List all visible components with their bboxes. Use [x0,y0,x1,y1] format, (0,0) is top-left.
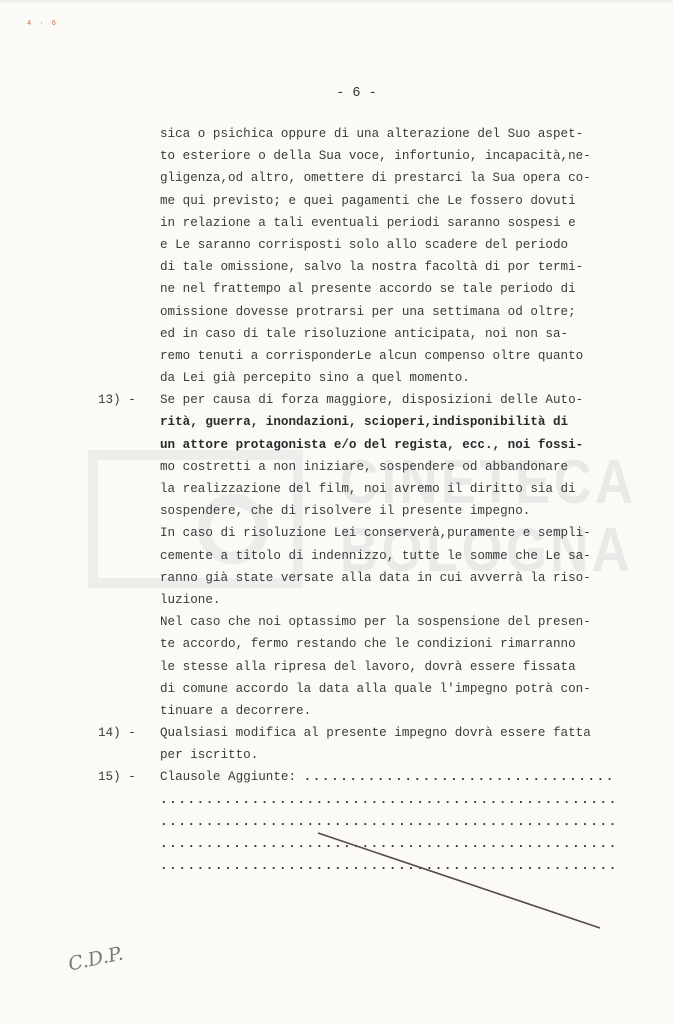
text-line: Se per causa di forza maggiore, disposiz… [160,389,620,411]
text-line: sica o psichica oppure di una alterazion… [160,123,620,145]
text-line: da Lei già percepito sino a quel momento… [160,367,620,389]
page-edge [0,0,673,4]
text-line: ne nel frattempo al presente accordo se … [160,278,620,300]
text-line: in relazione a tali eventuali periodi sa… [160,212,620,234]
continuation-paragraph: sica o psichica oppure di una alterazion… [160,123,620,389]
document-body: sica o psichica oppure di una alterazion… [160,123,620,877]
archive-mark: 4 · 6 [27,20,58,28]
dotted-fill: .................................. [304,770,615,784]
text-line: Qualsiasi modifica al presente impegno d… [160,722,620,744]
text-line: remo tenuti a corrisponderLe alcun compe… [160,345,620,367]
clause-13: 13) - Se per causa di forza maggiore, di… [160,389,620,722]
text-line: la realizzazione del film, noi avremo il… [160,478,620,500]
clause-label: Clausole Aggiunte: [160,770,296,784]
dotted-line: ........................................… [160,833,620,855]
dotted-line: ........................................… [160,789,620,811]
dotted-line: ........................................… [160,855,620,877]
text-line: di tale omissione, salvo la nostra facol… [160,256,620,278]
text-line: mo costretti a non iniziare, sospendere … [160,456,620,478]
text-line: ranno già state versate alla data in cui… [160,567,620,589]
clause-label-line: Clausole Aggiunte: .....................… [160,766,620,788]
text-line: un attore protagonista e/o del regista, … [160,434,620,456]
text-line: per iscritto. [160,744,620,766]
text-line: e Le saranno corrisposti solo allo scade… [160,234,620,256]
text-line: luzione. [160,589,620,611]
clause-15: 15) - Clausole Aggiunte: ...............… [160,766,620,877]
text-line: rità, guerra, inondazioni, scioperi,indi… [160,411,620,433]
text-line: te accordo, fermo restando che le condiz… [160,633,620,655]
handwritten-initials: C.D.P. [66,942,125,975]
text-line: le stesse alla ripresa del lavoro, dovrà… [160,656,620,678]
text-line: gligenza,od altro, omettere di prestarci… [160,167,620,189]
text-line: tinuare a decorrere. [160,700,620,722]
clause-14: 14) - Qualsiasi modifica al presente imp… [160,722,620,766]
text-line: omissione dovesse protrarsi per una sett… [160,301,620,323]
dotted-line: ........................................… [160,811,620,833]
text-line: sospendere, che di risolvere il presente… [160,500,620,522]
clause-number: 14) - [98,722,136,744]
text-line: me qui previsto; e quei pagamenti che Le… [160,190,620,212]
text-line: to esteriore o della Sua voce, infortuni… [160,145,620,167]
clause-number: 13) - [98,389,136,411]
page-number: - 6 - [0,86,673,101]
text-line: ed in caso di tale risoluzione anticipat… [160,323,620,345]
clause-number: 15) - [98,766,136,788]
text-line: Nel caso che noi optassimo per la sospen… [160,611,620,633]
text-line: di comune accordo la data alla quale l'i… [160,678,620,700]
text-line: cemente a titolo di indennizzo, tutte le… [160,545,620,567]
text-line: In caso di risoluzione Lei conserverà,pu… [160,522,620,544]
